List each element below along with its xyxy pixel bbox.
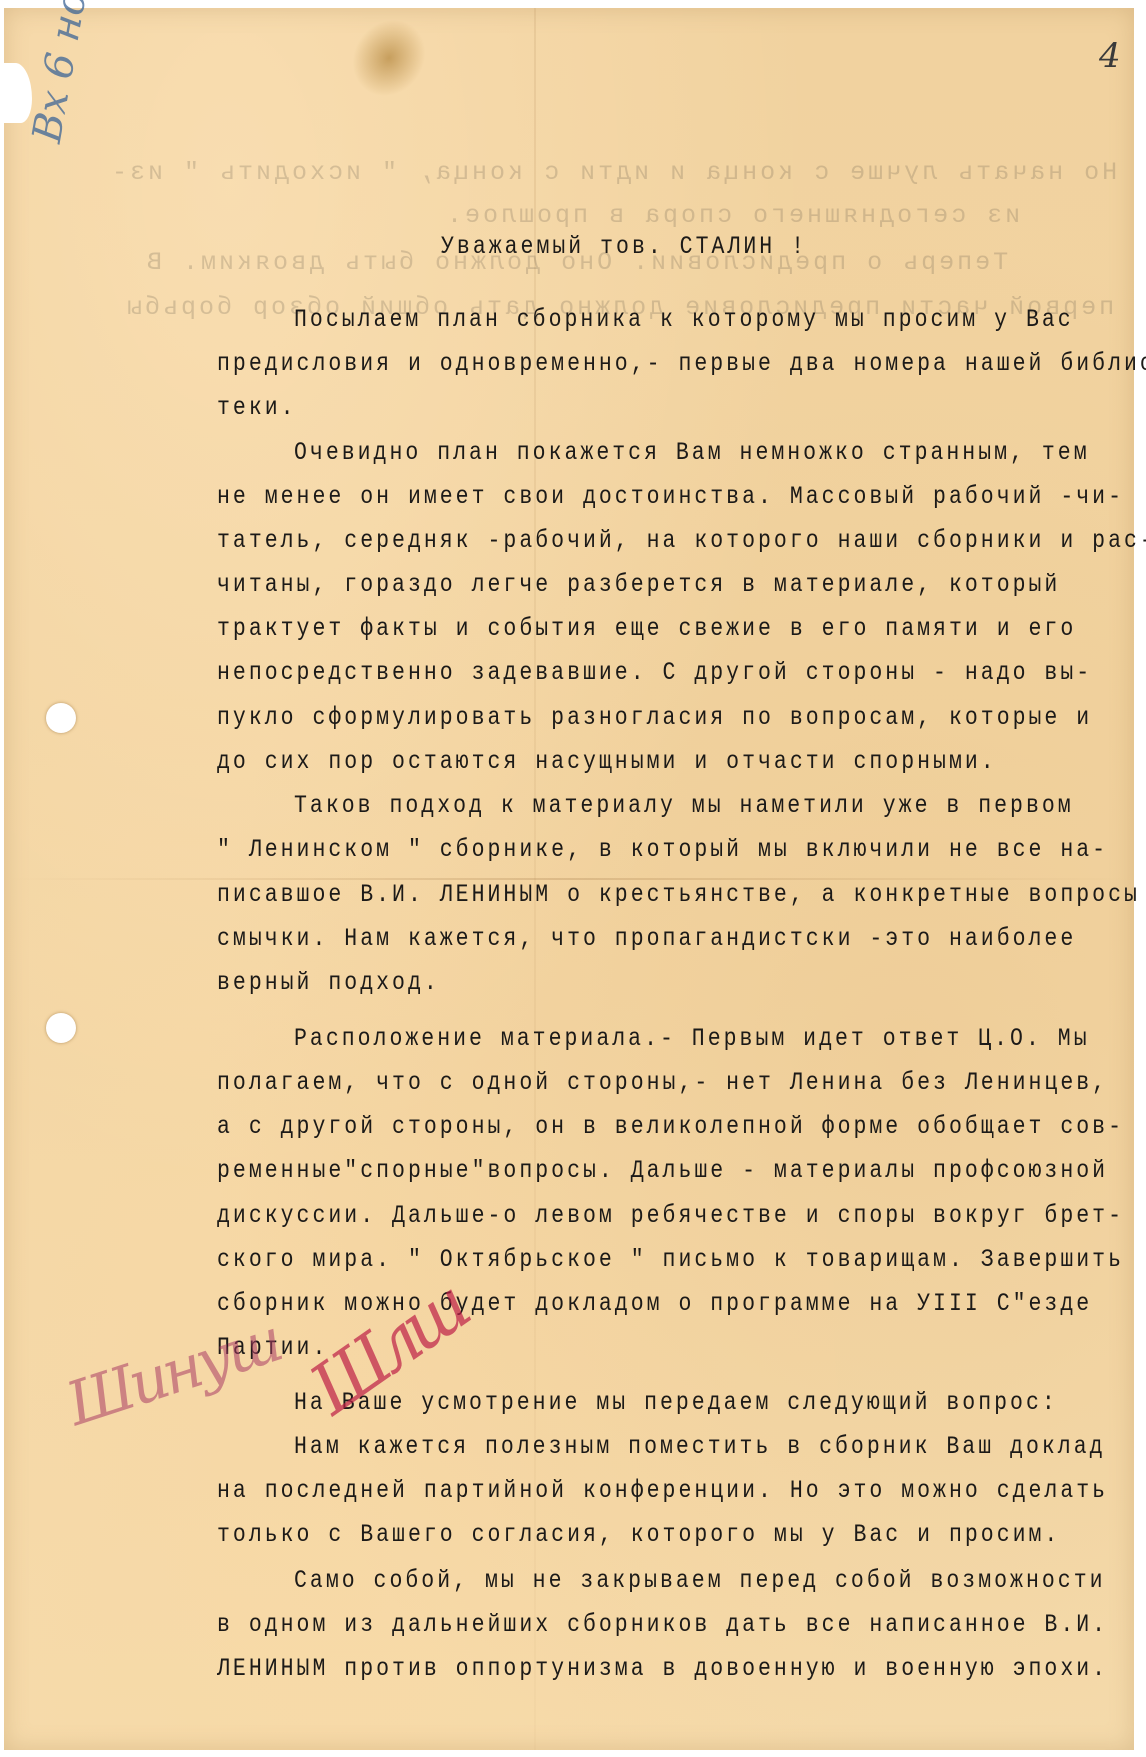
handwritten-margin-note: Вх 6 нол <box>24 0 100 146</box>
text-line: ЛЕНИНЫМ против оппортунизма в довоенную … <box>217 1654 1108 1683</box>
text-line: татель, середняк -рабочий, на которого н… <box>217 526 1146 555</box>
text-line: Очевидно план покажется Вам немножко стр… <box>294 438 1090 467</box>
paper-stain <box>337 5 440 111</box>
text-line: только с Вашего согласия, которого мы у … <box>217 1520 1060 1549</box>
text-line: не менее он имеет свои достоинства. Масс… <box>217 482 1124 511</box>
letter-greeting: Уважаемый тов. СТАЛИН ! <box>441 232 807 261</box>
text-line: до сих пор остаются насущными и отчасти … <box>217 747 997 776</box>
text-line: Посылаем план сборника к которому мы про… <box>294 305 1074 334</box>
text-line: в одном из дальнейших сборников дать все… <box>217 1610 1108 1639</box>
text-line: на последней партийной конференции. Но э… <box>217 1476 1108 1505</box>
text-line: верный подход. <box>217 968 440 997</box>
page-number: 4 <box>1099 36 1121 76</box>
punch-hole-icon <box>46 703 76 733</box>
text-line: пукло сформулировать разногласия по вопр… <box>217 703 1092 732</box>
text-line: теки. <box>217 393 297 422</box>
text-line: дискуссии. Дальше-о левом ребячестве и с… <box>217 1201 1124 1230</box>
text-line: трактует факты и события еще свежие в ег… <box>217 614 1076 643</box>
text-line: " Ленинском " сборнике, в который мы вкл… <box>217 835 1108 864</box>
bleed-through-line: из сегодняшнего спора в прошлое. <box>444 201 1020 230</box>
text-line: читаны, гораздо легче разберется в матер… <box>217 570 1060 599</box>
text-line: Само собой, мы не закрываем перед собой … <box>294 1566 1106 1595</box>
text-line: На Ваше усмотрение мы передаем следующий… <box>294 1388 1058 1417</box>
text-line: а с другой стороны, он в великолепной фо… <box>217 1112 1124 1141</box>
faded-signature-icon: Шинуш <box>59 1306 288 1440</box>
text-line: предисловия и одновременно,- первые два … <box>217 349 1146 378</box>
punch-hole-icon <box>46 1013 76 1043</box>
text-line: Таков подход к материалу мы наметили уже… <box>294 791 1074 820</box>
text-line: ского мира. " Октябрьское " письмо к тов… <box>217 1245 1124 1274</box>
text-line: непосредственно задевавшие. С другой сто… <box>217 658 1092 687</box>
text-line: Нам кажется полезным поместить в сборник… <box>294 1432 1106 1461</box>
text-line: смычки. Нам кажется, что пропагандистски… <box>217 924 1076 953</box>
bleed-through-line: Но начать лучше с конца и идти с конца, … <box>109 158 1117 187</box>
text-line: полагаем, что с одной стороны,- нет Лени… <box>217 1068 1108 1097</box>
text-line: сборник можно будет докладом о программе… <box>217 1289 1092 1318</box>
text-line: ременные"спорные"вопросы. Дальше - матер… <box>217 1156 1108 1185</box>
text-line: Расположение материала.- Первым идет отв… <box>294 1024 1090 1053</box>
document-page: 4 Вх 6 нол Но начать лучше с конца и идт… <box>4 8 1134 1750</box>
text-line: писавшое В.И. ЛЕНИНЫМ о крестьянстве, а … <box>217 880 1140 909</box>
